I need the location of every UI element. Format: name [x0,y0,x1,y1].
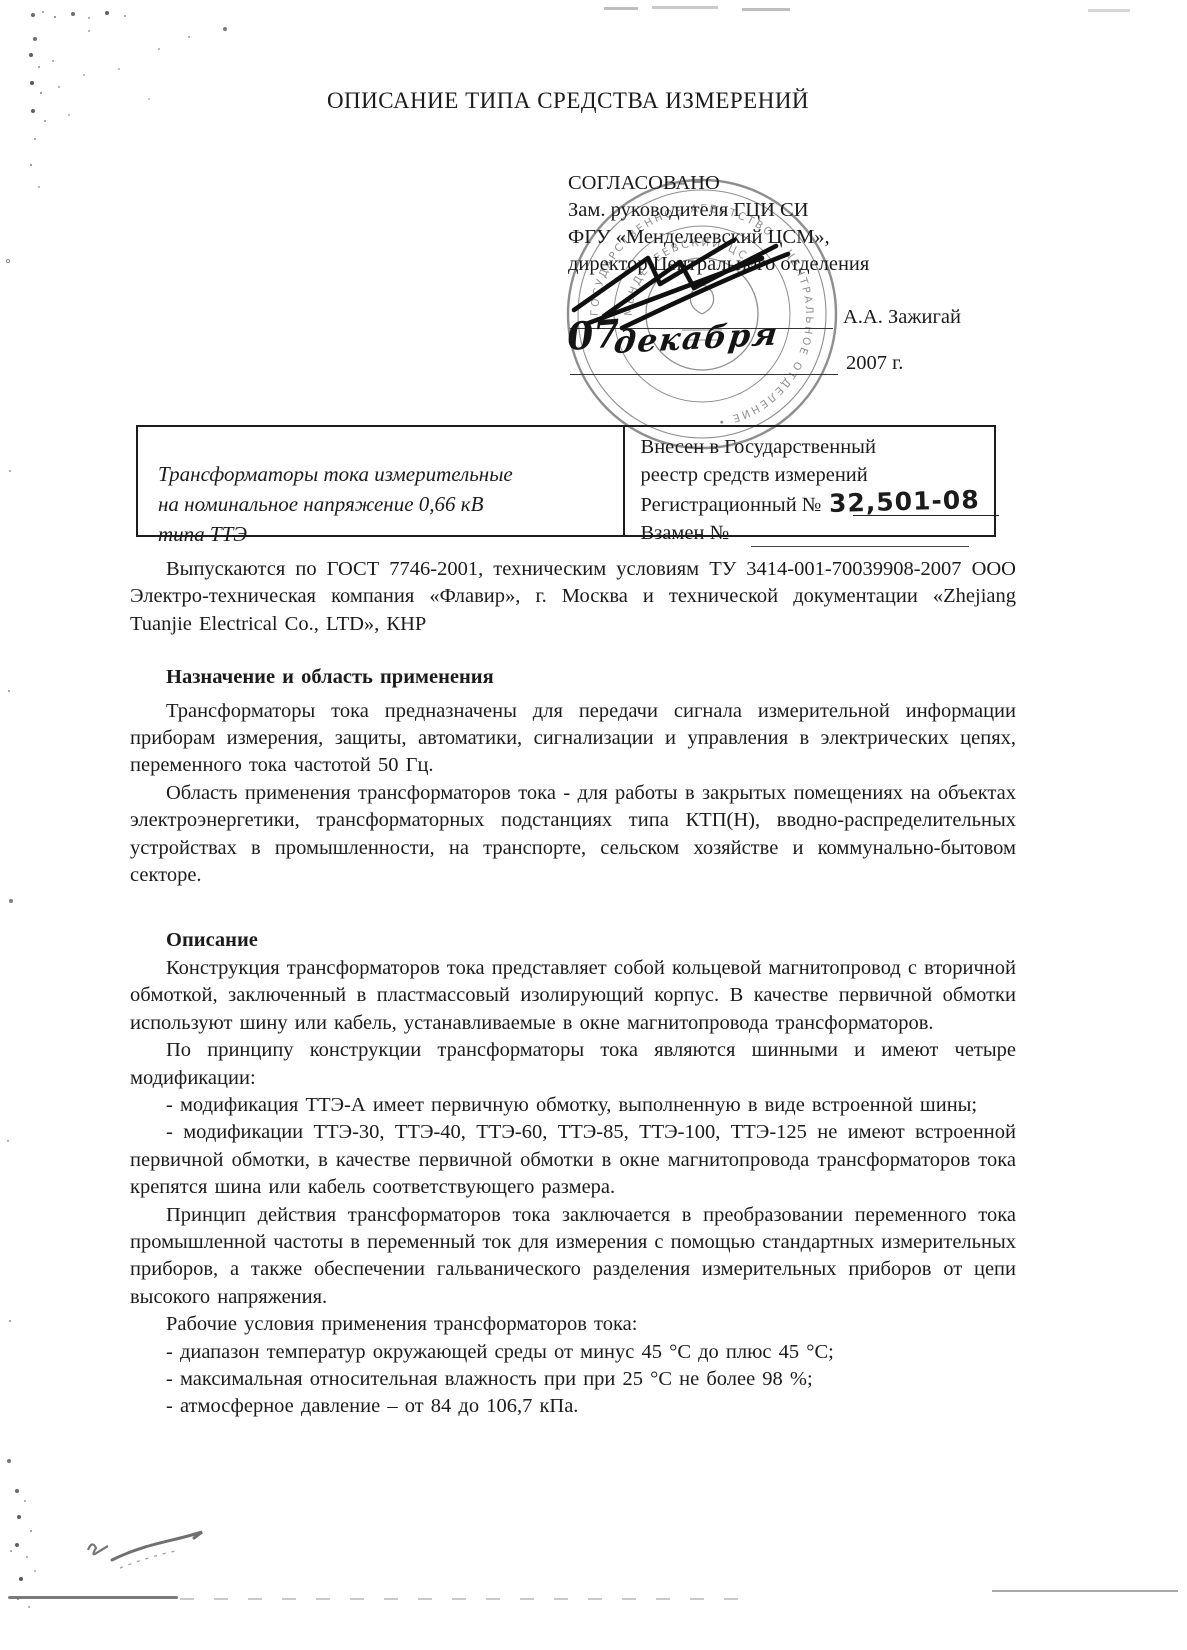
scan-noise-bottom-left [14,1486,16,1488]
instrument-name-line: на номинальное напряжение 0,66 кВ [158,489,623,519]
document-body: Выпускаются по ГОСТ 7746-2001, техническ… [130,556,1016,1421]
scan-dash-artifact [604,7,638,10]
document-title: ОПИСАНИЕ ТИПА СРЕДСТВА ИЗМЕРЕНИЙ [0,88,1136,114]
list-item: - максимальная относительная влажность п… [130,1366,1016,1393]
paragraph: Конструкция трансформаторов тока предста… [130,955,1016,1037]
scan-noise-top-left [28,8,30,10]
pen-scribble-mark [70,1516,260,1576]
handwritten-signature: 07 декабря [552,232,882,382]
approval-position-line: Зам. руководителя ГЦИ СИ [568,197,1048,224]
scan-noise-left-edge [7,260,9,262]
section-title-description: Описание [130,927,1016,954]
registry-line: Внесен в Государственный [641,434,980,462]
scan-edge-line [8,1596,178,1599]
replaces-row: Взамен № [641,520,980,548]
list-item: - модификация ТТЭ-А имеет первичную обмо… [130,1092,1016,1119]
registration-number-row: Регистрационный №32,501-08 [641,489,980,520]
instrument-name-cell: Трансформаторы тока измерительные на ном… [138,427,623,535]
instrument-name-line: типа ТТЭ [158,519,623,549]
approval-agreed-label: СОГЛАСОВАНО [568,170,1048,197]
list-item: - модификации ТТЭ-30, ТТЭ-40, ТТЭ-60, ТТ… [130,1119,1016,1201]
replaces-label: Взамен № [641,522,730,544]
intro-paragraph: Выпускаются по ГОСТ 7746-2001, техническ… [130,556,1016,638]
scan-dash-artifact [652,6,718,9]
registration-number-underline [853,515,999,516]
paragraph: По принципу конструкции трансформаторы т… [130,1037,1016,1092]
registration-number-value: 32,501-08 [829,486,980,517]
paragraph: Область применения трансформаторов тока … [130,780,1016,890]
registry-line: реестр средств измерений [641,462,980,490]
paragraph: Рабочие условия применения трансформатор… [130,1311,1016,1338]
registry-info-cell: Внесен в Государственный реестр средств … [623,427,994,535]
instrument-name-line: Трансформаторы тока измерительные [158,459,623,489]
registration-number-label: Регистрационный № [641,494,822,516]
scan-dash-artifact [1088,9,1130,12]
document-page: ОПИСАНИЕ ТИПА СРЕДСТВА ИЗМЕРЕНИЙ ГОСУДАР… [0,0,1187,1650]
list-item: - атмосферное давление – от 84 до 106,7 … [130,1393,1016,1420]
scan-edge-line [992,1590,1178,1592]
paragraph: Принцип действия трансформаторов тока за… [130,1202,1016,1312]
section-title-purpose: Назначение и область применения [130,664,1016,691]
list-item: - диапазон температур окружающей среды о… [130,1339,1016,1366]
paragraph: Трансформаторы тока предназначены для пе… [130,698,1016,780]
handwritten-month: декабря [612,316,781,361]
scan-edge-line [180,1598,740,1600]
registry-table: Трансформаторы тока измерительные на ном… [136,425,996,537]
scan-dash-artifact [742,8,790,11]
replaces-underline [751,546,969,547]
